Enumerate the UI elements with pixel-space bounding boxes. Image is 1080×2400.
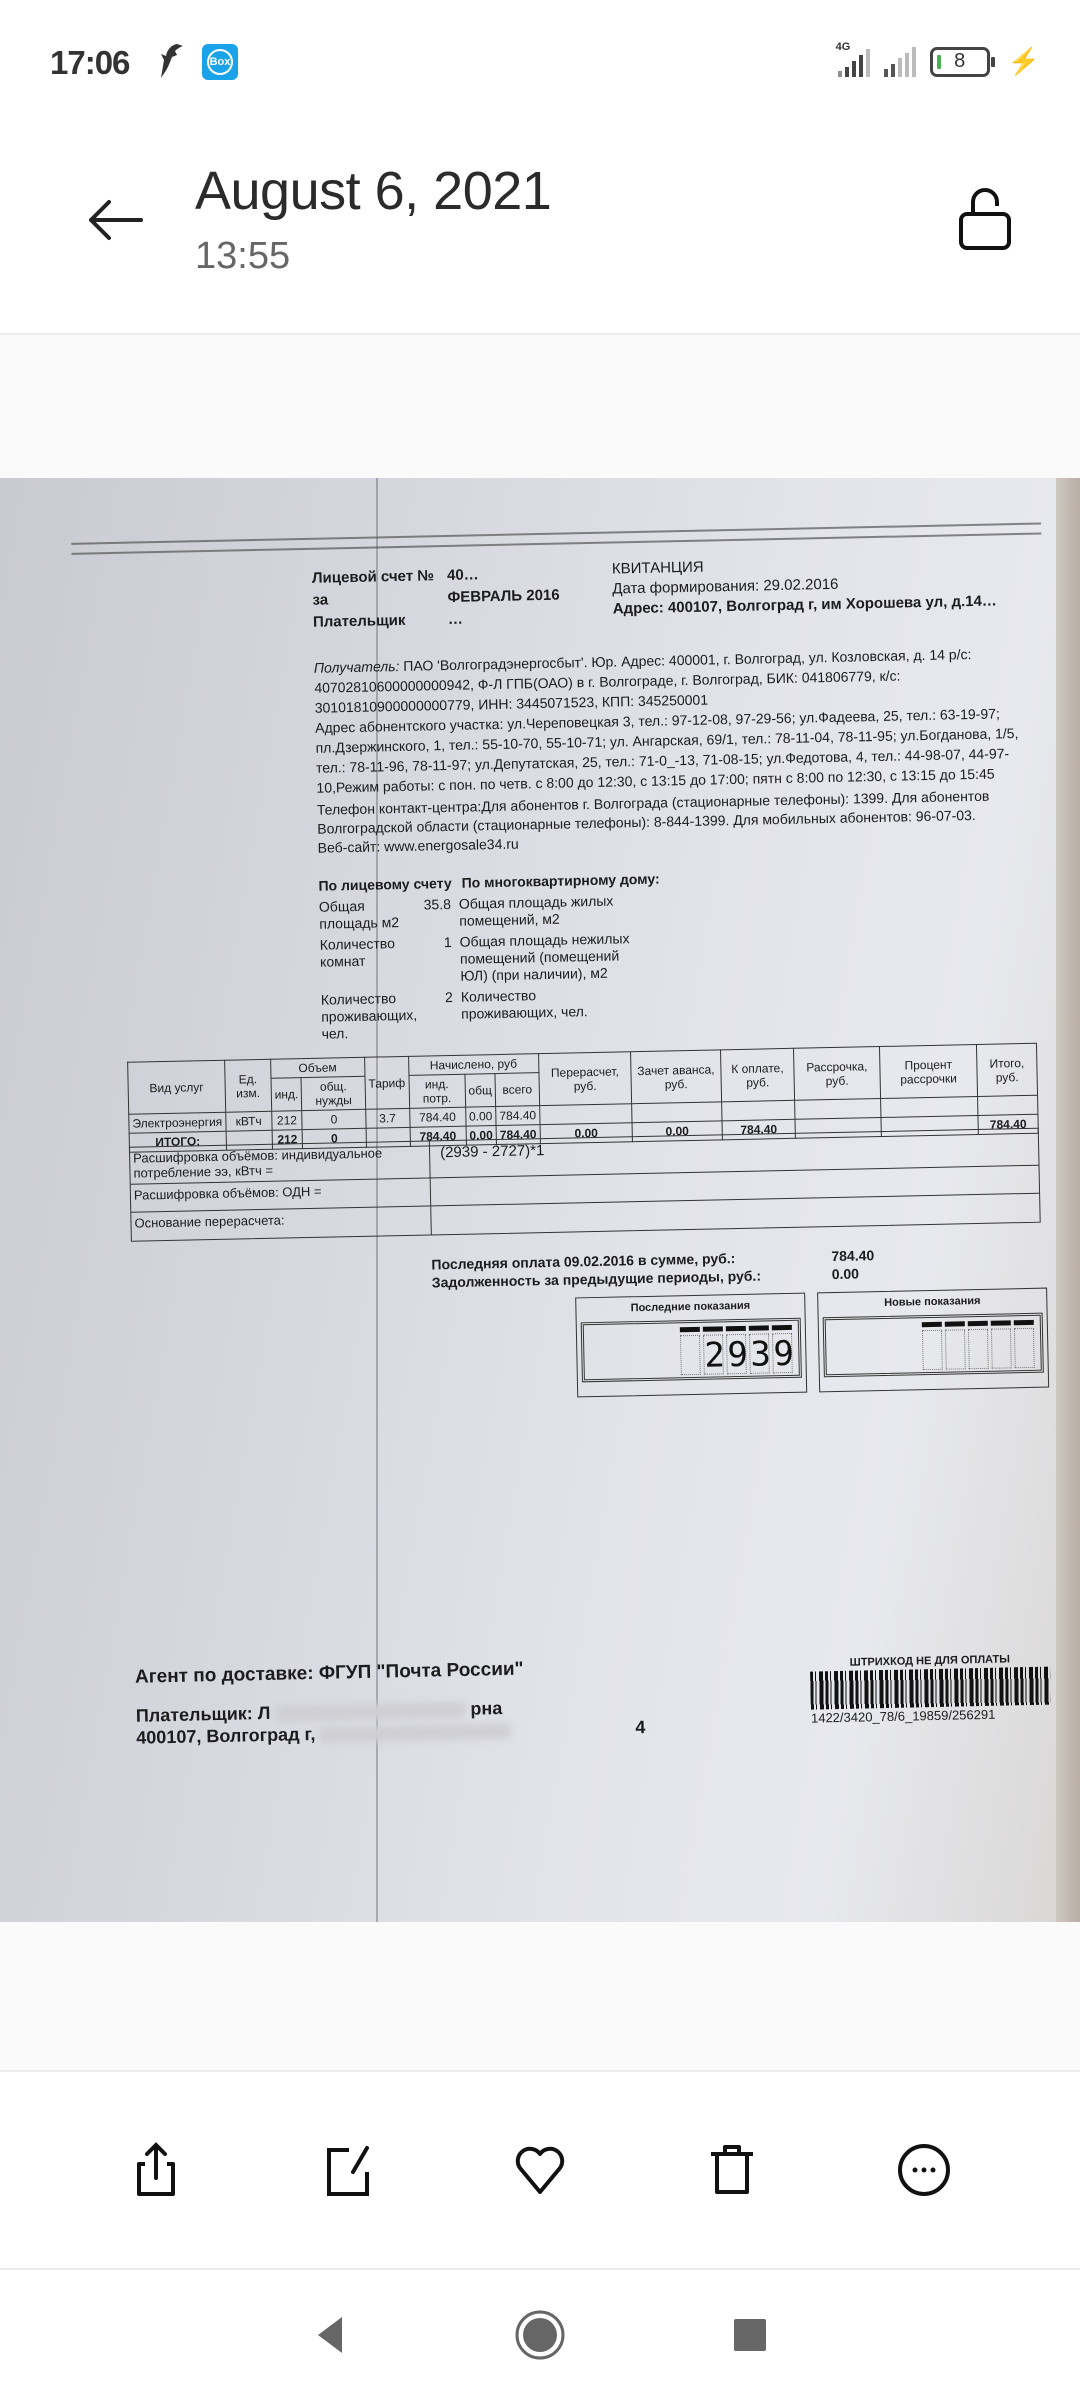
dolphin-icon [155, 42, 185, 80]
table-cell: 0 [302, 1109, 366, 1129]
meter-digit [680, 1327, 701, 1375]
meter-last: Последние показания 2939 [575, 1293, 807, 1398]
meter-readings: Последние показания 2939 Новые показания [575, 1288, 1049, 1398]
table-cell [722, 1100, 796, 1121]
table-cell [632, 1102, 722, 1123]
recipient-info: Получатель: ПАО 'Волгоградэнергосбыт'. Ю… [314, 643, 1037, 798]
favorite-button[interactable] [500, 2130, 580, 2210]
table-cell: Электроэнергия [129, 1112, 226, 1133]
photo-image[interactable]: Лицевой счет №40… заФЕВРАЛЬ 2016 Платель… [0, 478, 1080, 1922]
table-cell: 784.40 [496, 1106, 540, 1126]
back-button[interactable] [80, 185, 150, 255]
nav-back-button[interactable] [300, 2305, 360, 2365]
nav-back-icon [310, 2313, 350, 2357]
meter-new: Новые показания [817, 1288, 1049, 1393]
more-icon [896, 2142, 952, 2198]
table-cell: 3.7 [365, 1108, 409, 1128]
status-time: 17:06 [50, 44, 129, 82]
table-cell: кВТч [226, 1111, 272, 1131]
table-cell: 212 [271, 1111, 302, 1131]
table-cell [795, 1099, 881, 1120]
meter-digit [1014, 1320, 1035, 1368]
nav-home-icon [514, 2309, 566, 2361]
photo-date-title: August 6, 2021 [195, 160, 551, 222]
contact-info: Телефон контакт-центра:Для абонентов г. … [317, 786, 1038, 858]
meter-digit: 3 [749, 1325, 770, 1373]
more-button[interactable] [884, 2130, 964, 2210]
signal-sim2-icon [884, 47, 916, 77]
payer-footer: Плательщик: Л рна 400107, Волгоград г, 4 [136, 1694, 646, 1749]
photo-header: August 6, 2021 13:55 [0, 130, 1080, 335]
area-info: По лицевому счетуПо многоквартирному дом… [318, 871, 663, 1043]
barcode-block: ШТРИХКОД НЕ ДЛЯ ОПЛАТЫ 1422/3420_78/6_19… [810, 1653, 1051, 1726]
meter-digit [968, 1321, 989, 1369]
table-cell [880, 1096, 978, 1117]
share-icon [131, 2142, 181, 2198]
charging-icon: ⚡ [1008, 46, 1040, 77]
box-app-icon: Box [202, 44, 238, 80]
edit-icon [323, 2142, 373, 2198]
nav-home-button[interactable] [510, 2305, 570, 2365]
delivery-agent: Агент по доставке: ФГУП "Почта России" [135, 1659, 524, 1689]
volume-decode-table: Расшифровка объёмов: индивидуальное потр… [129, 1128, 1041, 1242]
unlock-icon [957, 188, 1013, 252]
trash-icon [707, 2142, 757, 2198]
table-cell [978, 1095, 1038, 1115]
photo-viewer[interactable]: Лицевой счет №40… заФЕВРАЛЬ 2016 Платель… [0, 337, 1080, 2070]
barcode [810, 1667, 1051, 1710]
meter-digit: 9 [726, 1326, 747, 1374]
signal-4g-icon: 4G [838, 47, 870, 77]
delete-button[interactable] [692, 2130, 772, 2210]
share-button[interactable] [116, 2130, 196, 2210]
table-cell [539, 1104, 632, 1125]
photo-action-bar [0, 2070, 1080, 2270]
photo-time-subtitle: 13:55 [195, 235, 290, 278]
system-nav-bar [0, 2270, 1080, 2400]
arrow-left-icon [85, 198, 145, 242]
table-cell: 0.00 [465, 1107, 496, 1127]
nav-recents-button[interactable] [720, 2305, 780, 2365]
table-cell: 784.40 [409, 1107, 466, 1127]
meter-digit [945, 1321, 966, 1369]
battery-icon: 8 [930, 47, 990, 77]
edit-button[interactable] [308, 2130, 388, 2210]
status-bar: 17:06 Box 4G 8 ⚡ [0, 0, 1080, 130]
heart-icon [512, 2144, 568, 2196]
meter-digit [991, 1320, 1012, 1368]
account-block: Лицевой счет №40… заФЕВРАЛЬ 2016 Платель… [312, 563, 561, 634]
receipt-info: КВИТАНЦИЯ Дата формирования: 29.02.2016 … [612, 551, 997, 619]
nav-recents-icon [730, 2315, 770, 2355]
meter-digit: 2 [703, 1326, 724, 1374]
payment-info: Последняя оплата 09.02.2016 в сумме, руб… [431, 1246, 874, 1291]
status-indicators: 4G 8 ⚡ [838, 46, 1040, 77]
utility-bill-document: Лицевой счет №40… заФЕВРАЛЬ 2016 Платель… [0, 478, 1080, 1922]
meter-digit: 9 [772, 1325, 793, 1373]
meter-digit [922, 1322, 943, 1370]
lock-button[interactable] [950, 180, 1020, 260]
